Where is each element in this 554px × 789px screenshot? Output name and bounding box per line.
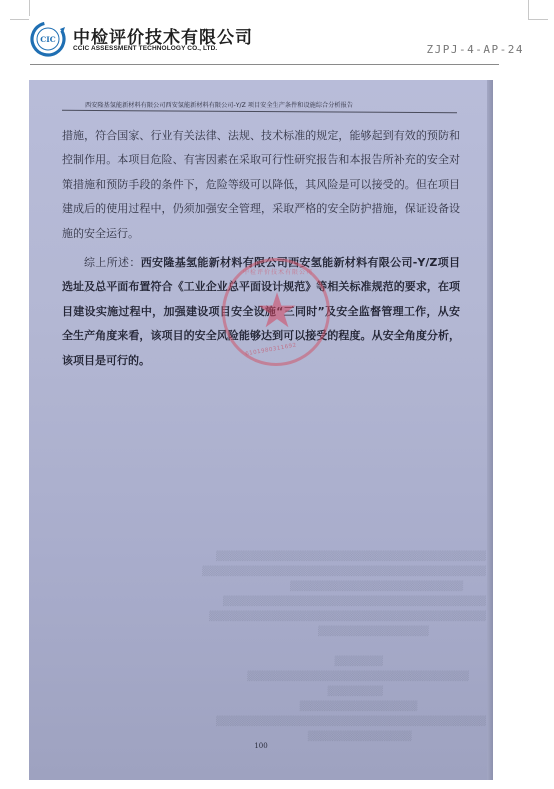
company-name-en: CCIC ASSESSMENT TECHNOLOGY CO., LTD. [73,45,217,52]
stamp-arc-text: 中检评价技术有限公司 [243,267,313,276]
svg-text:CIC: CIC [40,35,55,44]
paragraph-1: 措施，符合国家、行业有关法律、法规、技术标准的规定，能够起到有效的预防和控制作用… [62,124,460,246]
conclusion-lead: 综上所述： [84,256,141,269]
star-icon: ★ [253,287,301,335]
crop-mark [528,19,548,20]
stamp-number: 6101980311692 [245,343,297,358]
document-code: ZJPJ-4-AP-24 [427,43,524,56]
header-divider [30,64,499,65]
crop-mark [29,0,30,16]
running-head-rule [62,110,457,113]
company-seal-stamp: 中检评价技术有限公司 ★ 6101980311692 [222,258,330,366]
bleed-through-text: ▒▒▒▒▒▒▒▒▒▒▒▒▒▒▒▒▒▒▒▒▒▒▒▒▒▒▒▒▒▒▒▒▒▒▒▒▒▒▒ … [41,550,486,745]
ccic-logo-icon: CIC [30,21,66,57]
page-number: 100 [29,742,493,750]
scan-edge-shadow [487,80,493,780]
crop-mark [10,19,29,20]
crop-mark [528,0,529,19]
scanned-page: 西安隆基氢能新材料有限公司西安氢能新材料有限公司-Y/Z 项目安全生产条件和设施… [29,80,493,780]
running-head: 西安隆基氢能新材料有限公司西安氢能新材料有限公司-Y/Z 项目安全生产条件和设施… [85,100,353,109]
